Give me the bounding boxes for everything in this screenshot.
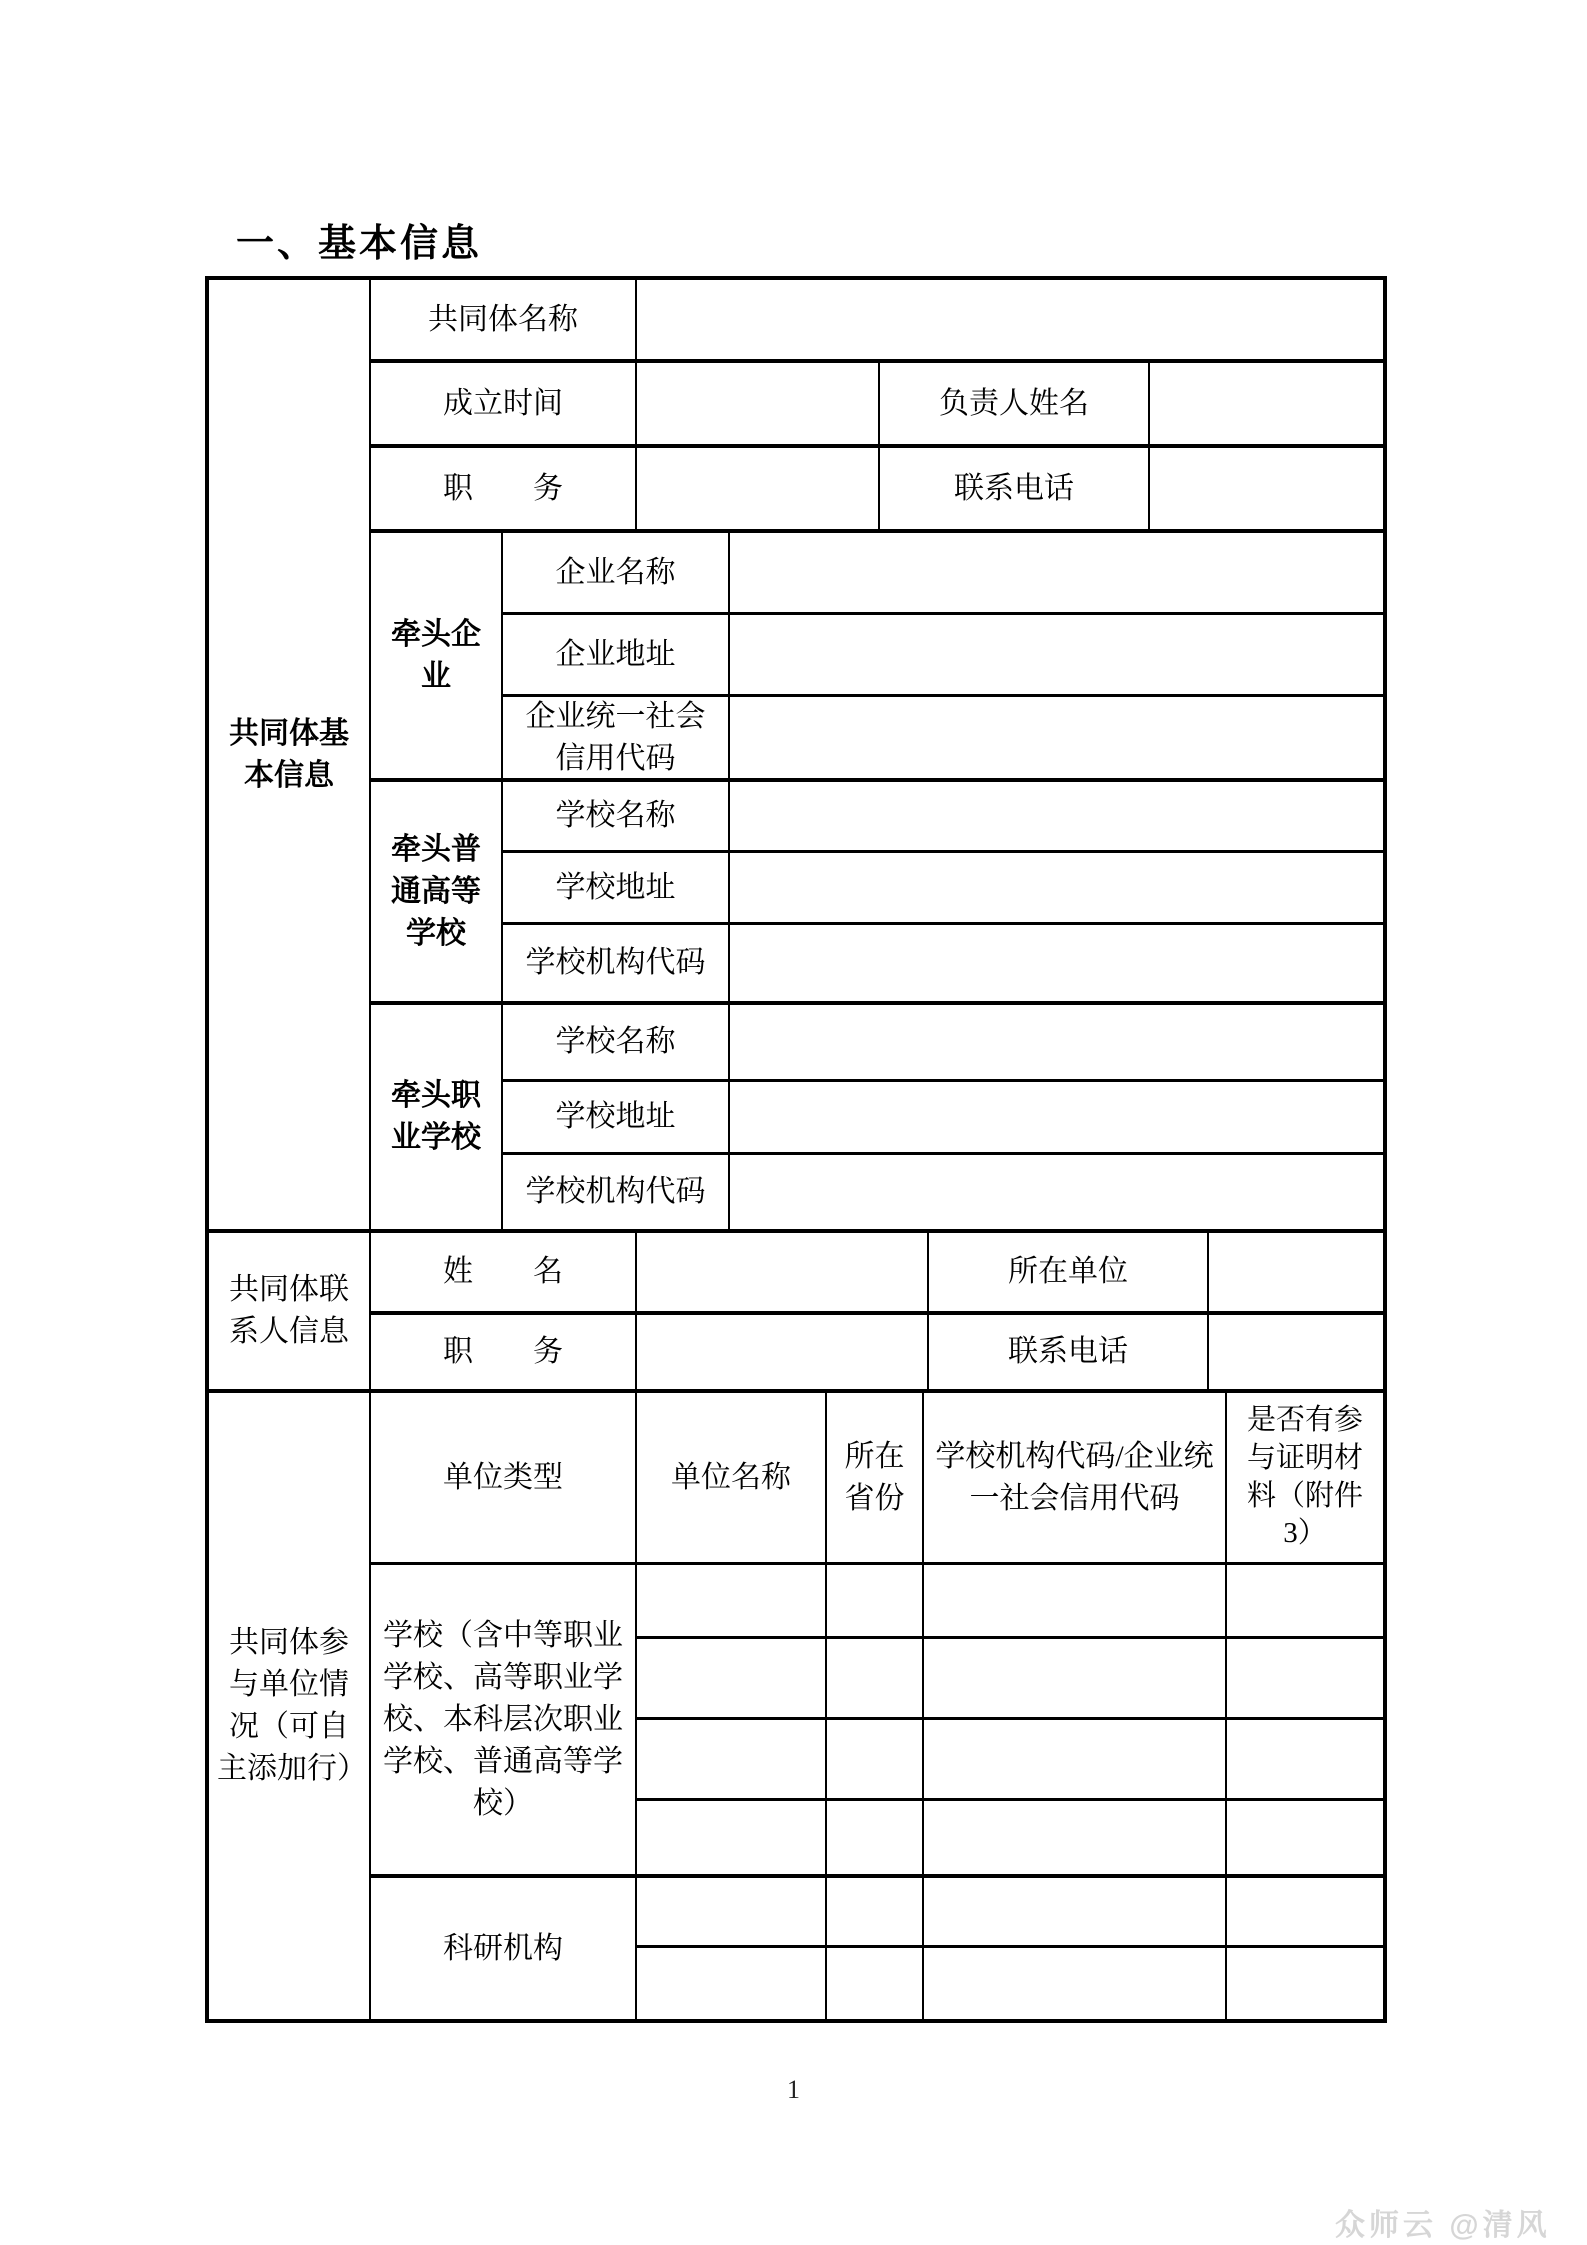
contact-name-label: 姓 名 — [371, 1233, 637, 1315]
contact-phone-value-cell[interactable] — [1209, 1315, 1383, 1393]
research-row1-name-cell[interactable] — [637, 1878, 827, 1948]
header-unit-name: 单位名称 — [637, 1393, 827, 1565]
research-row1-code-cell[interactable] — [924, 1878, 1227, 1948]
school-row4-name-cell[interactable] — [637, 1801, 827, 1878]
vocational-org-code-value-cell[interactable] — [730, 1155, 1383, 1233]
vocational-name-value-cell[interactable] — [730, 1005, 1383, 1082]
header-code: 学校机构代码/企业统一社会信用代码 — [924, 1393, 1227, 1565]
university-address-label: 学校地址 — [503, 853, 730, 925]
research-row2-province-cell[interactable] — [827, 1948, 924, 2019]
section3-label: 共同体参与单位情况（可自主添加行） — [209, 1393, 371, 2019]
community-name-value-cell[interactable] — [637, 280, 1383, 363]
research-row2-attachment-cell[interactable] — [1227, 1948, 1383, 2019]
school-row3-name-cell[interactable] — [637, 1720, 827, 1801]
contact-duty-value-cell[interactable] — [637, 1315, 929, 1393]
research-group-label: 科研机构 — [371, 1878, 637, 2019]
leader-name-label: 负责人姓名 — [880, 363, 1150, 448]
basic-info-table: 共同体基本信息 共同体联系人信息 共同体参与单位情况（可自主添加行） 共同体名称… — [205, 276, 1387, 2023]
leader-duty-label: 职 务 — [371, 448, 637, 533]
school-row3-attachment-cell[interactable] — [1227, 1720, 1383, 1801]
contact-unit-label: 所在单位 — [929, 1233, 1209, 1315]
school-row4-province-cell[interactable] — [827, 1801, 924, 1878]
school-row1-attachment-cell[interactable] — [1227, 1565, 1383, 1639]
enterprise-name-label: 企业名称 — [503, 533, 730, 615]
research-row1-attachment-cell[interactable] — [1227, 1878, 1383, 1948]
school-row2-code-cell[interactable] — [924, 1639, 1227, 1720]
enterprise-name-value-cell[interactable] — [730, 533, 1383, 615]
university-org-code-label: 学校机构代码 — [503, 925, 730, 1005]
contact-phone-label: 联系电话 — [929, 1315, 1209, 1393]
university-name-label: 学校名称 — [503, 782, 730, 853]
school-row2-name-cell[interactable] — [637, 1639, 827, 1720]
section-title: 一、基本信息 — [236, 212, 482, 267]
community-name-label: 共同体名称 — [371, 280, 637, 363]
vocational-name-label: 学校名称 — [503, 1005, 730, 1082]
lead-university-group-label: 牵头普通高等学校 — [371, 782, 503, 1005]
contact-name-value-cell[interactable] — [637, 1233, 929, 1315]
enterprise-address-value-cell[interactable] — [730, 615, 1383, 697]
university-org-code-value-cell[interactable] — [730, 925, 1383, 1005]
header-province: 所在省份 — [827, 1393, 924, 1565]
section2-label: 共同体联系人信息 — [209, 1233, 371, 1393]
leader-phone-value-cell[interactable] — [1150, 448, 1383, 533]
header-unit-type: 单位类型 — [371, 1393, 637, 1565]
watermark: 众师云 @清风 — [1335, 2200, 1551, 2244]
section1-label: 共同体基本信息 — [209, 280, 371, 1233]
school-row1-code-cell[interactable] — [924, 1565, 1227, 1639]
school-row2-province-cell[interactable] — [827, 1639, 924, 1720]
founded-date-value-cell[interactable] — [637, 363, 880, 448]
research-row1-province-cell[interactable] — [827, 1878, 924, 1948]
contact-duty-label: 职 务 — [371, 1315, 637, 1393]
university-address-value-cell[interactable] — [730, 853, 1383, 925]
enterprise-credit-code-label: 企业统一社会信用代码 — [503, 697, 730, 782]
leader-name-value-cell[interactable] — [1150, 363, 1383, 448]
header-attachment: 是否有参与证明材料（附件3） — [1227, 1393, 1383, 1565]
lead-enterprise-group-label: 牵头企业 — [371, 533, 503, 782]
vocational-address-value-cell[interactable] — [730, 1082, 1383, 1155]
research-row2-name-cell[interactable] — [637, 1948, 827, 2019]
contact-unit-value-cell[interactable] — [1209, 1233, 1383, 1315]
university-name-value-cell[interactable] — [730, 782, 1383, 853]
school-row3-code-cell[interactable] — [924, 1720, 1227, 1801]
enterprise-address-label: 企业地址 — [503, 615, 730, 697]
founded-date-label: 成立时间 — [371, 363, 637, 448]
school-row3-province-cell[interactable] — [827, 1720, 924, 1801]
vocational-address-label: 学校地址 — [503, 1082, 730, 1155]
school-row2-attachment-cell[interactable] — [1227, 1639, 1383, 1720]
lead-vocational-school-group-label: 牵头职业学校 — [371, 1005, 503, 1233]
school-row4-code-cell[interactable] — [924, 1801, 1227, 1878]
leader-duty-value-cell[interactable] — [637, 448, 880, 533]
research-row2-code-cell[interactable] — [924, 1948, 1227, 2019]
school-row4-attachment-cell[interactable] — [1227, 1801, 1383, 1878]
school-row1-name-cell[interactable] — [637, 1565, 827, 1639]
enterprise-credit-code-value-cell[interactable] — [730, 697, 1383, 782]
leader-phone-label: 联系电话 — [880, 448, 1150, 533]
document-page: 一、基本信息 共同体基本信息 共同体联系人信息 共同体参与单位情况（可自主添加行… — [0, 0, 1587, 2245]
vocational-org-code-label: 学校机构代码 — [503, 1155, 730, 1233]
page-number: 1 — [0, 2075, 1587, 2105]
school-group-label: 学校（含中等职业学校、高等职业学校、本科层次职业学校、普通高等学校） — [371, 1565, 637, 1878]
school-row1-province-cell[interactable] — [827, 1565, 924, 1639]
